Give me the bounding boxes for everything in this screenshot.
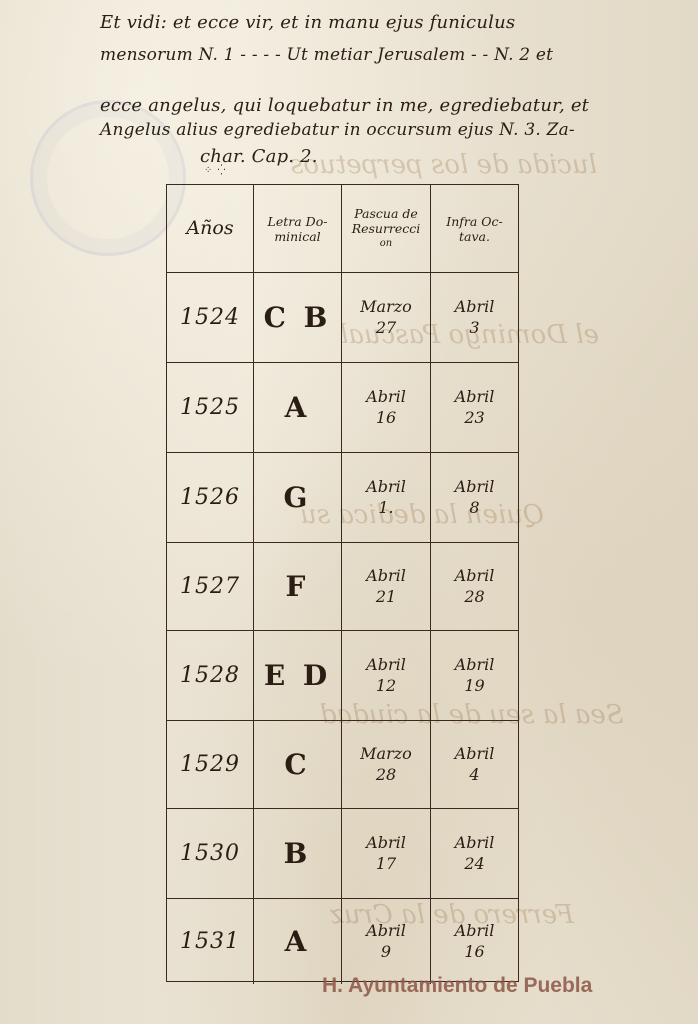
easter-month: Abril: [366, 921, 406, 941]
header-line-4: Angelus alius egrediebatur in occursum e…: [100, 120, 575, 140]
easter-month: Marzo: [360, 297, 412, 317]
table-row: 1530 B Abril17 Abril24: [167, 809, 518, 899]
octave-month: Abril: [455, 477, 495, 497]
table-row: 1528 E D Abril12 Abril19: [167, 631, 518, 721]
year: 1528: [180, 663, 240, 688]
dominical-letter: C: [284, 748, 310, 781]
year: 1529: [180, 752, 240, 777]
octave-day: 28: [464, 586, 484, 608]
bleed-through-text: lucida de los perpetuos: [290, 150, 597, 180]
manuscript-page: lucida de los perpetuos el Domingo Pascu…: [0, 0, 698, 1024]
octave-day: 23: [464, 407, 484, 429]
table-header-row: Años Letra Do- minical Pascua de Resurre…: [167, 185, 518, 273]
easter-month: Abril: [366, 387, 406, 407]
header-line-1: Et vidi: et ecce vir, et in manu ejus fu…: [100, 12, 515, 33]
octave-day: 19: [464, 675, 484, 697]
octave-month: Abril: [455, 297, 495, 317]
archive-watermark: H. Ayuntamiento de Puebla: [322, 974, 592, 998]
easter-day: 1.: [378, 497, 393, 519]
octave-day: 8: [469, 497, 479, 519]
dominical-letter: C B: [264, 301, 332, 334]
year: 1531: [180, 929, 240, 954]
table-row: 1529 C Marzo28 Abril4: [167, 721, 518, 809]
year: 1530: [180, 841, 240, 866]
header-line-2: mensorum N. 1 - - - - Ut metiar Jerusale…: [100, 45, 553, 65]
octave-day: 4: [469, 764, 479, 786]
dominical-letter: G: [284, 481, 312, 514]
easter-month: Abril: [366, 566, 406, 586]
easter-month: Abril: [366, 833, 406, 853]
easter-day: 21: [376, 586, 396, 608]
column-header-dominical-letter: Letra Do- minical: [254, 185, 342, 272]
easter-day: 12: [376, 675, 396, 697]
easter-month: Abril: [366, 655, 406, 675]
easter-day: 16: [376, 407, 396, 429]
column-header-easter: Pascua de Resurrecci on: [342, 185, 431, 272]
year: 1524: [180, 305, 240, 330]
easter-month: Abril: [366, 477, 406, 497]
year: 1526: [180, 485, 240, 510]
easter-day: 27: [376, 317, 396, 339]
dominical-letter: A: [285, 391, 311, 424]
year: 1525: [180, 395, 240, 420]
octave-month: Abril: [455, 387, 495, 407]
octave-month: Abril: [455, 744, 495, 764]
table-row: 1525 A Abril16 Abril23: [167, 363, 518, 453]
octave-month: Abril: [455, 566, 495, 586]
easter-month: Marzo: [360, 744, 412, 764]
header-line-3: ecce angelus, qui loquebatur in me, egre…: [100, 95, 589, 116]
ink-dots: ⁘ ⁛: [204, 165, 227, 176]
year: 1527: [180, 574, 240, 599]
dominical-letter: A: [285, 925, 311, 958]
column-header-years: Años: [167, 185, 254, 272]
column-header-octave: Infra Oc- tava.: [431, 185, 518, 272]
octave-day: 16: [464, 941, 484, 963]
table-row: 1531 A Abril9 Abril16: [167, 899, 518, 984]
easter-day: 28: [376, 764, 396, 786]
dominical-letter: F: [286, 570, 310, 603]
octave-month: Abril: [455, 921, 495, 941]
easter-day: 17: [376, 853, 396, 875]
easter-calendar-table: Años Letra Do- minical Pascua de Resurre…: [166, 184, 519, 982]
octave-day: 3: [469, 317, 479, 339]
octave-day: 24: [464, 853, 484, 875]
table-row: 1524 C B Marzo27 Abril3: [167, 273, 518, 363]
octave-month: Abril: [455, 655, 495, 675]
header-line-5: char. Cap. 2.: [200, 146, 318, 167]
dominical-letter: E D: [264, 659, 331, 692]
easter-day: 9: [381, 941, 391, 963]
octave-month: Abril: [455, 833, 495, 853]
dominical-letter: B: [284, 837, 312, 870]
table-row: 1526 G Abril1. Abril8: [167, 453, 518, 543]
table-row: 1527 F Abril21 Abril28: [167, 543, 518, 631]
